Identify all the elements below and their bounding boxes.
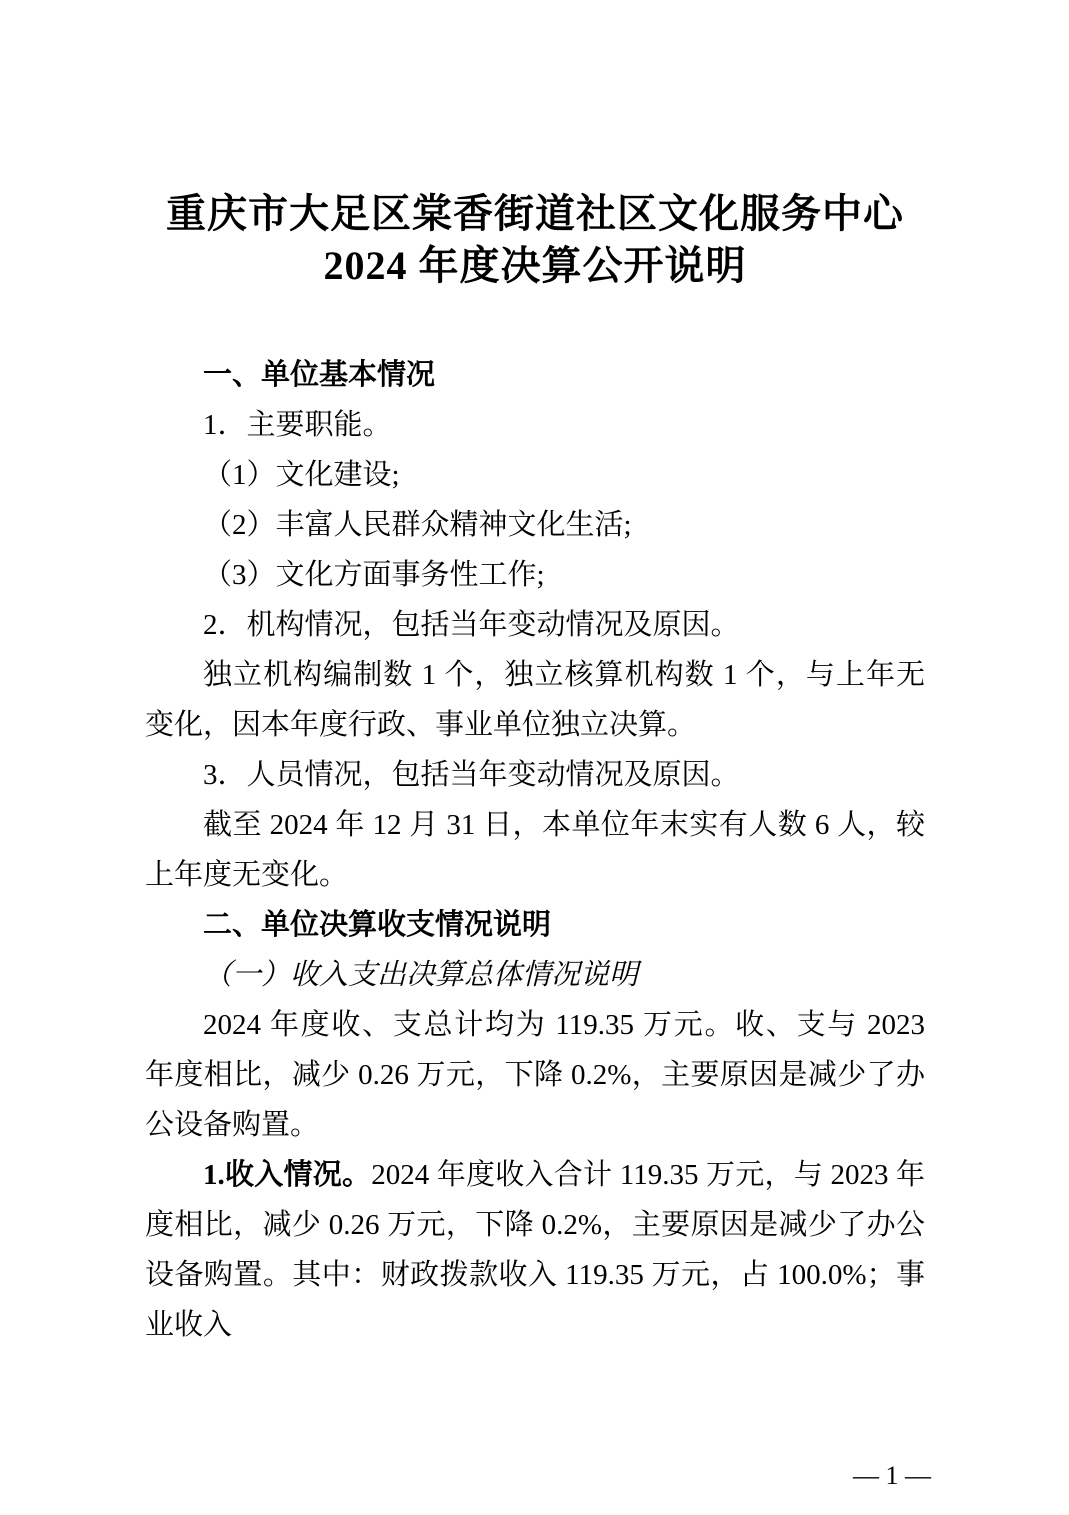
function-item-1: （1）文化建设; bbox=[145, 450, 925, 500]
page-number: — 1 — bbox=[782, 1460, 1002, 1492]
title-line-2: 2024 年度决算公开说明 bbox=[145, 240, 925, 292]
title-line-1: 重庆市大足区棠香街道社区文化服务中心 bbox=[145, 188, 925, 240]
overall-detail: 2024 年度收、支总计均为 119.35 万元。收、支与 2023 年度相比，… bbox=[145, 1000, 925, 1150]
section-heading-basic-info: 一、单位基本情况 bbox=[145, 350, 925, 400]
sub-heading-overall: （一）收入支出决算总体情况说明 bbox=[145, 950, 925, 1000]
document-page: 重庆市大足区棠香街道社区文化服务中心 2024 年度决算公开说明 一、单位基本情… bbox=[0, 0, 1069, 1515]
document-body: 一、单位基本情况 1．主要职能。 （1）文化建设; （2）丰富人民群众精神文化生… bbox=[145, 350, 925, 1350]
organization-detail: 独立机构编制数 1 个，独立核算机构数 1 个，与上年无变化，因本年度行政、事业… bbox=[145, 650, 925, 750]
document-title: 重庆市大足区棠香街道社区文化服务中心 2024 年度决算公开说明 bbox=[145, 188, 925, 292]
item-personnel: 3．人员情况，包括当年变动情况及原因。 bbox=[145, 750, 925, 800]
income-paragraph: 1.收入情况。2024 年度收入合计 119.35 万元，与 2023 年度相比… bbox=[145, 1150, 925, 1350]
function-item-3: （3）文化方面事务性工作; bbox=[145, 550, 925, 600]
section-heading-budget: 二、单位决算收支情况说明 bbox=[145, 900, 925, 950]
personnel-detail: 截至 2024 年 12 月 31 日，本单位年末实有人数 6 人，较上年度无变… bbox=[145, 800, 925, 900]
item-organization: 2．机构情况，包括当年变动情况及原因。 bbox=[145, 600, 925, 650]
function-item-2: （2）丰富人民群众精神文化生活; bbox=[145, 500, 925, 550]
income-lead-label: 1.收入情况。 bbox=[203, 1159, 371, 1191]
item-main-functions: 1．主要职能。 bbox=[145, 400, 925, 450]
